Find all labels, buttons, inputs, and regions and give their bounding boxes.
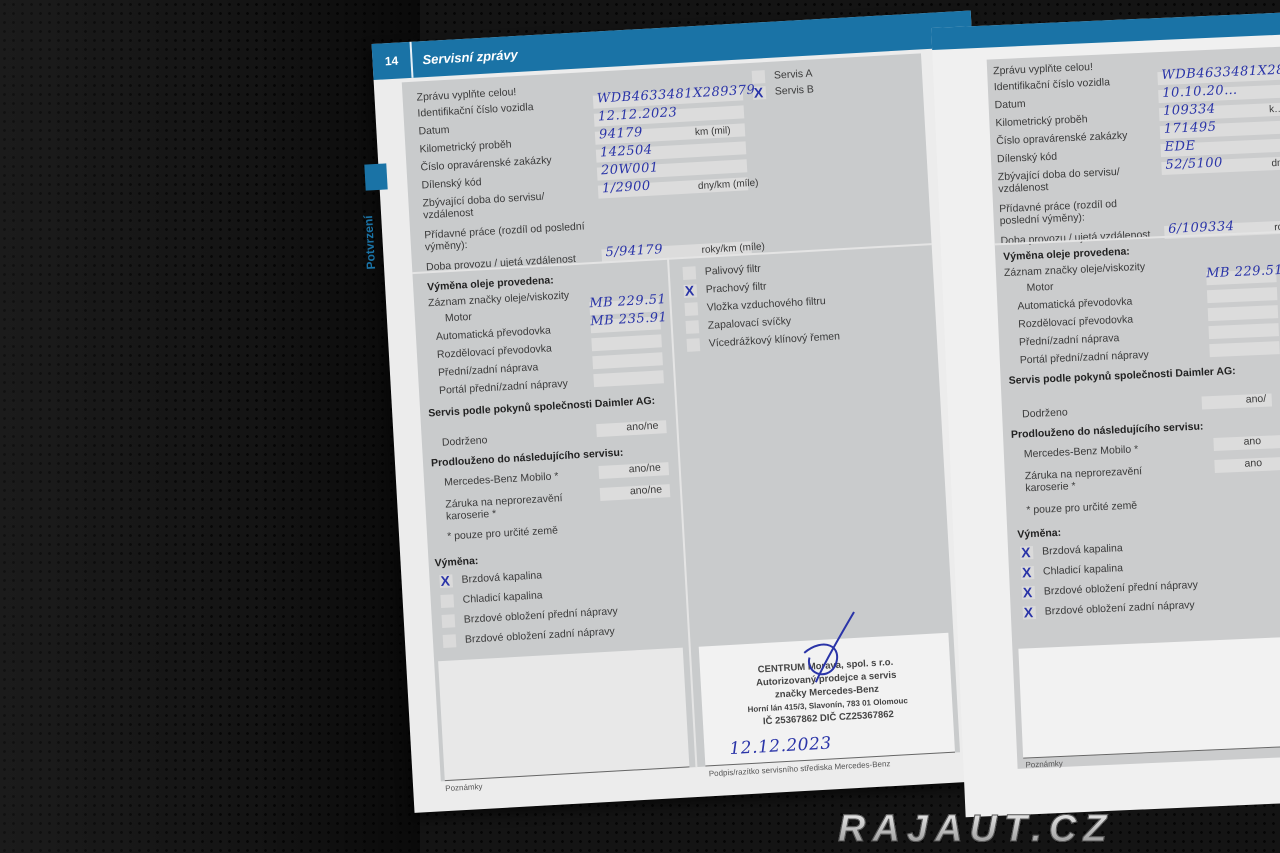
replacement-label: Brzdové obložení přední nápravy: [464, 605, 619, 626]
field-value: 1/2900: [602, 179, 652, 197]
side-label: Potvrzení: [361, 215, 378, 270]
field-value: 142504: [600, 143, 653, 161]
extended-fields: Mercedes-Benz Mobilo *anoZáruka na nepro…: [987, 46, 1280, 60]
oil-row-label: Automatická převodovka: [436, 324, 551, 342]
replacement-label: Brzdové obložení přední nápravy: [1044, 579, 1198, 598]
service-form: Servis A X Servis B Zprávu vyplňte celou…: [402, 53, 960, 781]
filter-label: Zapalovací svíčky: [707, 315, 791, 332]
replacement-list: XBrzdová kapalinaXChladicí kapalinaXBrzd…: [987, 46, 1280, 60]
filter-label: Vícedrážkový klínový řemen: [708, 330, 840, 349]
replacement-label: Chladicí kapalina: [1043, 562, 1123, 577]
field-label: Zbývající doba do servisu/ vzdálenost: [998, 164, 1159, 195]
field-label: Identifikační číslo vozidla: [994, 74, 1154, 93]
replacement-checkbox[interactable]: [440, 594, 454, 608]
left-page: 14 Servisní zprávy Potvrzení Servis A X …: [300, 0, 1005, 837]
field-value: 109334: [1163, 102, 1216, 119]
oil-row-value: MB 229.51: [1206, 263, 1280, 281]
extended-heading: Prodlouženo do následujícího servisu:: [431, 447, 624, 470]
replacement-checkbox[interactable]: [442, 614, 456, 628]
daimler-compliance-label: Dodrženo: [1022, 406, 1068, 420]
extended-row-options: ano/ne: [628, 462, 661, 476]
x-mark-icon: X: [1024, 606, 1034, 619]
daimler-heading: Servis podle pokynů společnosti Daimler …: [428, 395, 655, 420]
service-a-label: Servis A: [774, 67, 813, 81]
section-title: Servisní zprávy: [412, 46, 518, 67]
extended-row-label: Mercedes-Benz Mobilo *: [444, 468, 594, 488]
page-number: 14: [372, 42, 414, 80]
replacement-label: Brzdová kapalina: [1042, 542, 1123, 558]
field-value: EDE: [1164, 139, 1196, 155]
oil-record-subheading: Záznam značky oleje/viskozity: [1004, 261, 1146, 279]
oil-row-field[interactable]: [1209, 341, 1280, 357]
x-mark-icon: X: [1023, 586, 1033, 599]
oil-row-label: Přední/zadní náprava: [1019, 332, 1120, 348]
oil-row-field[interactable]: [592, 352, 663, 369]
oil-row-field[interactable]: [1208, 305, 1279, 321]
field-label: Datum: [994, 92, 1154, 111]
replacement-heading: Výměna:: [434, 555, 478, 569]
daimler-compliance-options: ano/ne: [626, 420, 659, 434]
extended-row-options: ano: [1243, 435, 1261, 448]
field-label: Zbývající doba do servisu/ vzdálenost: [422, 188, 595, 222]
field-unit: dny/…: [1271, 157, 1280, 169]
daimler-compliance-options: ano/: [1245, 393, 1266, 406]
service-b-label: Servis B: [775, 83, 815, 97]
notes-box[interactable]: [438, 648, 689, 781]
instruction-text: Zprávu vyplňte celou!: [416, 86, 516, 104]
oil-fields: MotorMB 229.51Automatická převodovkaRozd…: [987, 46, 1280, 60]
right-page-paper: Zprávu vyplňte celou! Identifikační čísl…: [931, 11, 1280, 817]
field-label: Datum: [418, 116, 590, 138]
daimler-compliance-label: Dodrženo: [442, 434, 488, 449]
field-unit: k…: [1269, 104, 1280, 116]
oil-row-field[interactable]: [591, 334, 662, 351]
extended-row-label: Mercedes-Benz Mobilo *: [1024, 442, 1174, 461]
oil-record-subheading: Záznam značky oleje/viskozity: [428, 289, 570, 309]
field-label: Číslo opravárenské zakázky: [996, 128, 1156, 147]
replacement-label: Brzdové obložení zadní nápravy: [1045, 599, 1195, 618]
oil-row-label: Rozdělovací převodovka: [437, 342, 552, 360]
replacement-label: Brzdové obložení zadní nápravy: [465, 625, 615, 645]
replacement-checkbox[interactable]: X: [1022, 586, 1036, 600]
extended-row-label: Záruka na neprorezavění karoserie *: [1025, 464, 1176, 495]
filter-checkbox[interactable]: [686, 320, 700, 334]
filter-checkbox[interactable]: [682, 266, 696, 280]
field-value: 20W001: [601, 160, 659, 178]
field-label: Kilometrický proběh: [419, 134, 591, 156]
oil-row-field[interactable]: [1208, 323, 1279, 339]
field-value: 94179: [599, 125, 644, 142]
signature-icon: [782, 609, 877, 704]
replacement-heading: Výměna:: [1017, 527, 1061, 541]
field-label: Dílenský kód: [997, 146, 1157, 165]
replacement-checkbox[interactable]: X: [1021, 566, 1035, 580]
side-tab-marker: [364, 163, 387, 190]
report-fields: Identifikační číslo vozidlaWDB4633481X28…: [987, 46, 1280, 60]
oil-row-label: Rozdělovací převodovka: [1018, 313, 1133, 330]
field-unit: dny/km (míle): [698, 178, 759, 192]
daimler-heading: Servis podle pokynů společnosti Daimler …: [1008, 365, 1235, 387]
oil-row-label: Portál přední/zadní nápravy: [1020, 349, 1149, 367]
x-mark-icon: X: [1021, 546, 1031, 559]
field-value: 171495: [1164, 120, 1217, 137]
replacement-label: Chladicí kapalina: [462, 589, 543, 605]
extended-heading: Prodlouženo do následujícího servisu:: [1011, 420, 1204, 440]
section-header: [931, 11, 1280, 50]
notes-label: Poznámky: [1025, 759, 1063, 770]
notes-box[interactable]: [1018, 635, 1280, 759]
service-form: Zprávu vyplňte celou! Identifikační čísl…: [987, 46, 1280, 769]
x-mark-icon: X: [440, 575, 450, 589]
oil-row-label: Motor: [1026, 281, 1053, 294]
filter-checkbox[interactable]: [685, 302, 699, 316]
x-mark-icon: X: [1022, 566, 1032, 579]
oil-row-label: Přední/zadní náprava: [438, 361, 539, 379]
watermark-logo: RAJAUT.CZ: [838, 808, 1114, 851]
extended-row-options: ano/ne: [630, 484, 663, 498]
field-label: Dílenský kód: [421, 170, 593, 192]
replacement-label: Brzdová kapalina: [461, 569, 542, 585]
left-page-paper: 14 Servisní zprávy Potvrzení Servis A X …: [372, 11, 1014, 813]
footnote: * pouze pro určité země: [447, 524, 558, 542]
replacement-checkbox[interactable]: [443, 634, 457, 648]
oil-row-label: Motor: [445, 311, 472, 324]
oil-row-label: Automatická převodovka: [1017, 295, 1132, 312]
field-label: Přídavné práce (rozdíl od poslední výměn…: [999, 196, 1160, 227]
extended-row-options: ano: [1244, 457, 1262, 470]
instruction-text: Zprávu vyplňte celou!: [993, 61, 1093, 77]
footnote: * pouze pro určité země: [1026, 499, 1137, 516]
field-label: Číslo opravárenské zakázky: [420, 152, 592, 174]
oil-row-label: Portál přední/zadní nápravy: [439, 378, 568, 397]
notes-label: Poznámky: [445, 782, 483, 793]
filter-label: Palivový filtr: [704, 263, 761, 278]
oil-row-field[interactable]: [1207, 287, 1278, 303]
filter-label: Prachový filtr: [705, 280, 766, 295]
field-label: Kilometrický proběh: [995, 110, 1155, 129]
oil-row-field[interactable]: [593, 370, 664, 387]
replacement-checkbox[interactable]: X: [1020, 546, 1034, 560]
replacement-checkbox[interactable]: X: [439, 574, 453, 588]
field-unit: km (mil): [695, 125, 731, 138]
filter-checkbox[interactable]: X: [684, 284, 698, 298]
field-label: Přídavné práce (rozdíl od poslední výměn…: [424, 220, 597, 254]
extended-row-label: Záruka na neprorezavění karoserie *: [445, 490, 596, 522]
filter-label: Vložka vzduchového filtru: [706, 295, 826, 314]
oil-change-heading: Výměna oleje provedena:: [1003, 246, 1130, 264]
x-mark-icon: X: [685, 284, 695, 298]
replacement-checkbox[interactable]: X: [1023, 606, 1037, 620]
right-page: Zprávu vyplňte celou! Identifikační čísl…: [930, 0, 1280, 829]
filter-checkbox[interactable]: [687, 338, 701, 352]
field-value: 52/5100: [1165, 155, 1223, 172]
